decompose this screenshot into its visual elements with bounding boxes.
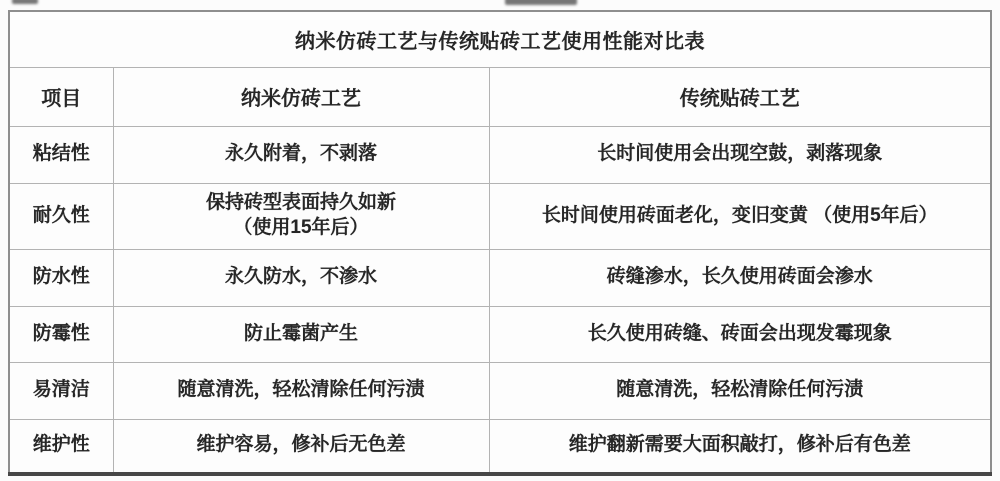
traditional-cell: 长久使用砖缝、砖面会出现发霉现象	[489, 306, 991, 362]
row-label: 粘结性	[9, 126, 113, 183]
table-row: 粘结性 永久附着，不剥落 长时间使用会出现空鼓，剥落现象	[9, 126, 991, 183]
traditional-cell: 随意清洗，轻松清除任何污渍	[489, 362, 991, 419]
nano-cell: 随意清洗，轻松清除任何污渍	[113, 362, 489, 419]
scan-artifact	[12, 0, 38, 4]
row-label: 防霉性	[9, 306, 113, 362]
table-title-row: 纳米仿砖工艺与传统贴砖工艺使用性能对比表	[9, 11, 991, 67]
row-label: 维护性	[9, 419, 113, 474]
row-label: 防水性	[9, 249, 113, 306]
traditional-cell: 长时间使用砖面老化，变旧变黄 （使用5年后）	[489, 183, 991, 249]
scan-artifact	[505, 0, 577, 5]
traditional-cell: 砖缝渗水，长久使用砖面会渗水	[489, 249, 991, 306]
table-row: 易清洁 随意清洗，轻松清除任何污渍 随意清洗，轻松清除任何污渍	[9, 362, 991, 419]
comparison-table: 纳米仿砖工艺与传统贴砖工艺使用性能对比表 项目 纳米仿砖工艺 传统贴砖工艺 粘结…	[8, 10, 992, 476]
table-row: 维护性 维护容易，修补后无色差 维护翻新需要大面积敲打，修补后有色差	[9, 419, 991, 474]
table-title: 纳米仿砖工艺与传统贴砖工艺使用性能对比表	[9, 11, 991, 67]
nano-cell: 防止霉菌产生	[113, 306, 489, 362]
traditional-cell: 维护翻新需要大面积敲打，修补后有色差	[489, 419, 991, 474]
scanned-document: 纳米仿砖工艺与传统贴砖工艺使用性能对比表 项目 纳米仿砖工艺 传统贴砖工艺 粘结…	[0, 0, 1000, 481]
row-label: 易清洁	[9, 362, 113, 419]
table-header-row: 项目 纳米仿砖工艺 传统贴砖工艺	[9, 67, 991, 126]
nano-cell: 保持砖型表面持久如新 （使用15年后）	[113, 183, 489, 249]
column-header-nano: 纳米仿砖工艺	[113, 67, 489, 126]
nano-cell: 永久防水，不渗水	[113, 249, 489, 306]
row-label: 耐久性	[9, 183, 113, 249]
table-row: 防水性 永久防水，不渗水 砖缝渗水，长久使用砖面会渗水	[9, 249, 991, 306]
table-row: 防霉性 防止霉菌产生 长久使用砖缝、砖面会出现发霉现象	[9, 306, 991, 362]
column-header-item: 项目	[9, 67, 113, 126]
column-header-traditional: 传统贴砖工艺	[489, 67, 991, 126]
table-row: 耐久性 保持砖型表面持久如新 （使用15年后） 长时间使用砖面老化，变旧变黄 （…	[9, 183, 991, 249]
nano-cell: 永久附着，不剥落	[113, 126, 489, 183]
traditional-cell: 长时间使用会出现空鼓，剥落现象	[489, 126, 991, 183]
nano-cell: 维护容易，修补后无色差	[113, 419, 489, 474]
